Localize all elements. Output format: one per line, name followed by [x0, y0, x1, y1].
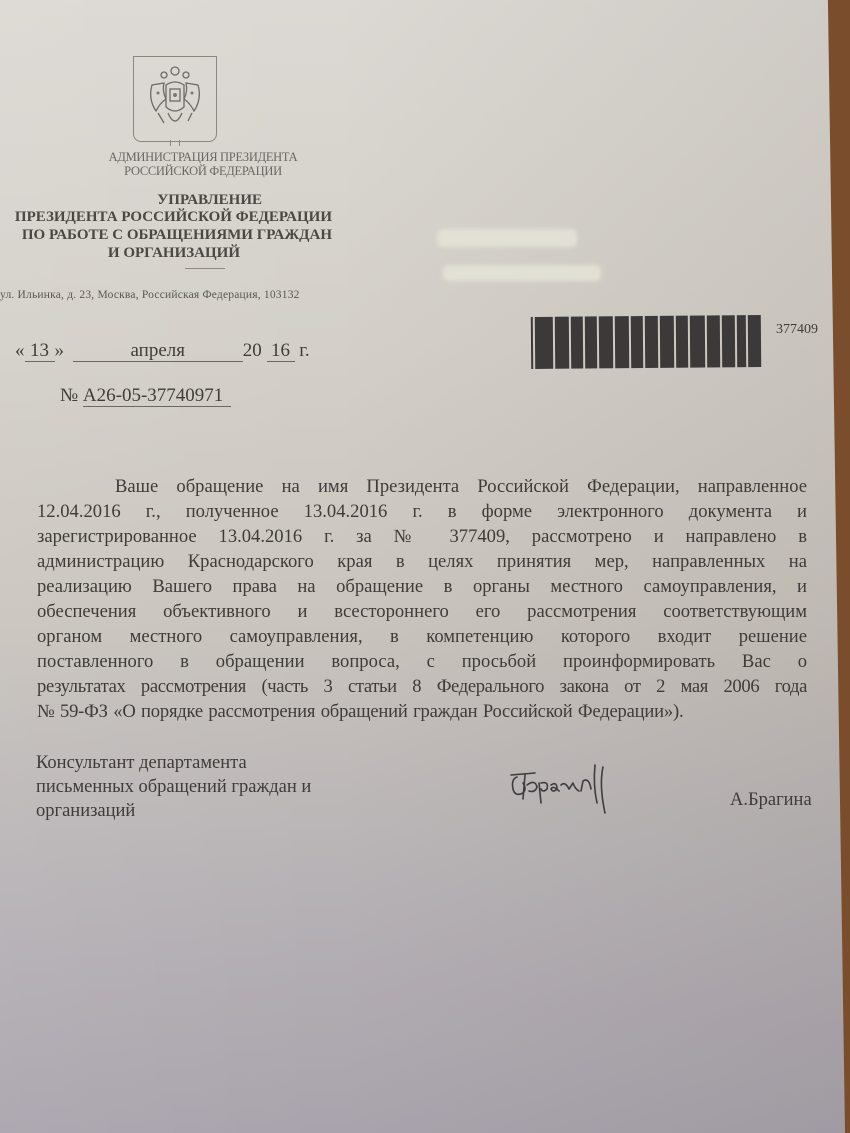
date-year-unit: г.: [299, 340, 309, 361]
registration-number: № А26-05-37740971: [60, 385, 231, 407]
redacted-recipient-email: [443, 265, 601, 281]
body-line: поставленного в обращении вопроса, с про…: [37, 649, 807, 674]
body-line: 12.04.2016 г., полученное 13.04.2016 г. …: [37, 499, 807, 524]
body-line: реализацию Вашего права на обращение в о…: [37, 574, 807, 599]
letter-date: «13» апреля20 16 г.: [15, 340, 310, 362]
body-line: зарегистрированное 13.04.2016 г. за № 37…: [37, 524, 807, 549]
dept-line-2: ПРЕЗИДЕНТА РОССИЙСКОЙ ФЕДЕРАЦИИ: [0, 207, 332, 227]
signer-position-line-3: организаций: [36, 799, 311, 823]
signer-name: А.Брагина: [730, 790, 812, 811]
dept-line-4: И ОРГАНИЗАЦИЙ: [0, 243, 240, 263]
date-year-prefix: 20: [243, 340, 262, 361]
org-name-line-2: РОССИЙСКОЙ ФЕДЕРАЦИИ: [58, 164, 348, 179]
handwritten-signature-icon: [505, 755, 635, 830]
body-line: органом местного самоуправления, в компе…: [37, 624, 807, 649]
dept-line-3: ПО РАБОТЕ С ОБРАЩЕНИЯМИ ГРАЖДАН: [0, 225, 332, 245]
signer-position-line-1: Консультант департамента: [36, 751, 311, 775]
body-line: результатах рассмотрения (часть 3 статьи…: [37, 674, 807, 699]
sender-address: ул. Ильинка, д. 23, Москва, Российская Ф…: [0, 289, 300, 301]
org-name-line-1: АДМИНИСТРАЦИЯ ПРЕЗИДЕНТА: [58, 150, 348, 165]
body-line: № 59-ФЗ «О порядке рассмотрения обращени…: [37, 699, 807, 724]
body-line: администрацию Краснодарского края в целя…: [37, 549, 807, 574]
letter-body: Ваше обращение на имя Президента Российс…: [37, 474, 807, 724]
date-month: апреля: [73, 341, 243, 362]
date-close-quote: »: [55, 340, 65, 361]
emblem-tip: [170, 140, 180, 146]
barcode-number: 377409: [776, 322, 818, 338]
coat-of-arms-icon: [133, 56, 217, 142]
registration-value: А26-05-37740971: [83, 386, 231, 407]
redacted-recipient-name: [437, 229, 577, 247]
body-line: Ваше обращение на имя Президента Российс…: [37, 474, 807, 499]
signer-position-line-2: письменных обращений граждан и: [36, 775, 311, 799]
barcode: [531, 315, 761, 369]
signer-position: Консультант департамента письменных обра…: [36, 751, 311, 823]
body-line: обеспечения объективного и всестороннего…: [37, 599, 807, 624]
date-open-quote: «: [15, 340, 25, 361]
header-divider: [185, 268, 225, 269]
date-year-suffix: 16: [267, 341, 295, 362]
date-day: 13: [25, 341, 55, 362]
registration-prefix: №: [60, 385, 78, 406]
